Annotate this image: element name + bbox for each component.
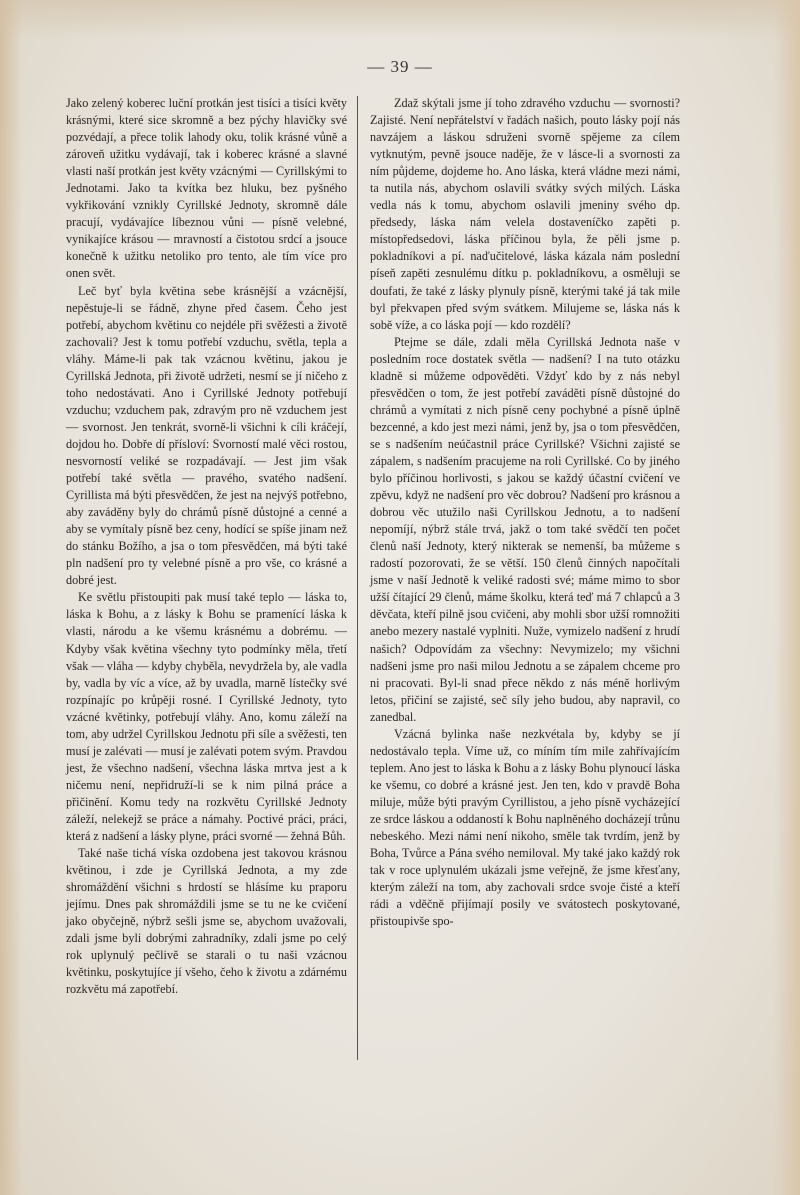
paragraph: Ptejme se dále, zdali měla Cyrillská Jed…	[370, 334, 680, 726]
paragraph: Vzácná bylinka naše nezkvétala by, kdyby…	[370, 726, 680, 931]
paragraph: Zdaž skýtali jsme jí toho zdravého vzduc…	[370, 95, 680, 334]
paragraph: Ke světlu přistoupiti pak musí také tepl…	[66, 589, 347, 845]
paragraph: Leč byť byla květina sebe krásnější a vz…	[66, 283, 347, 590]
right-column: Zdaž skýtali jsme jí toho zdravého vzduc…	[370, 95, 680, 930]
page-edge-shadow-left	[0, 0, 22, 1195]
page-edge-shadow-top	[0, 0, 800, 40]
paragraph: Také naše tichá víska ozdobena jest tako…	[66, 845, 347, 998]
column-divider	[357, 96, 358, 1060]
left-column: Jako zelený koberec luční protkán jest t…	[66, 95, 347, 998]
scanned-page: — 39 — Jako zelený koberec luční protkán…	[0, 0, 800, 1195]
page-number: — 39 —	[0, 57, 800, 77]
page-edge-shadow-right	[774, 0, 800, 1195]
paragraph: Jako zelený koberec luční protkán jest t…	[66, 95, 347, 283]
